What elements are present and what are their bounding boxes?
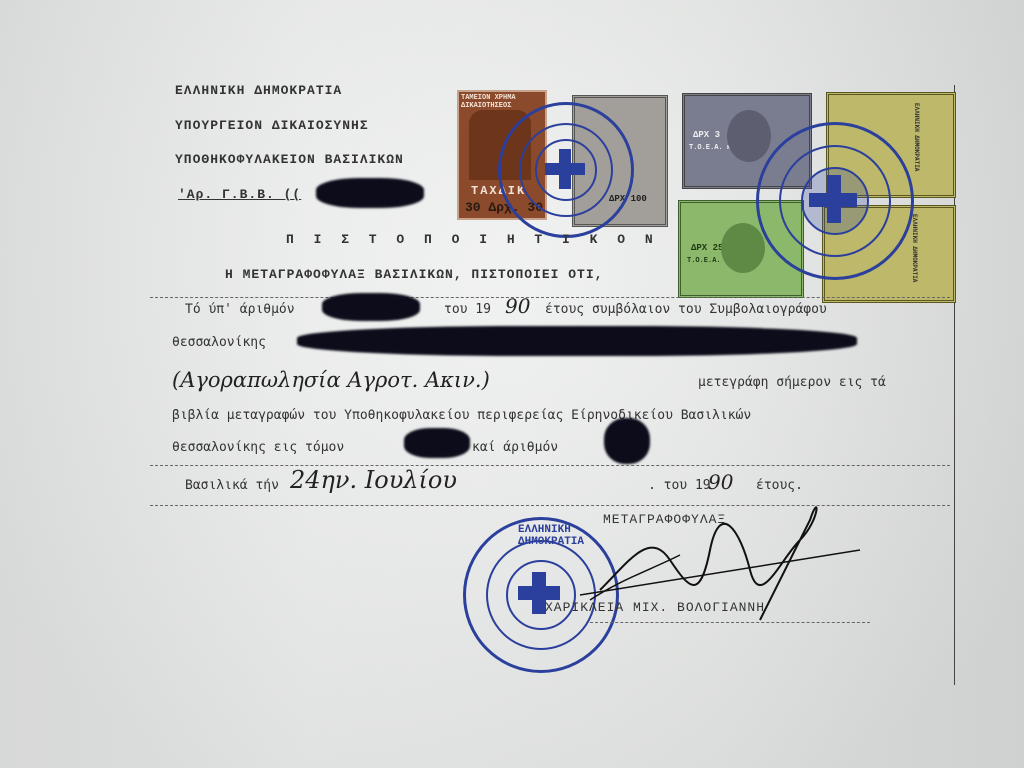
redacted-notary-name — [297, 326, 857, 356]
handwritten-year-2: 90 — [708, 470, 733, 494]
official-seal-2 — [756, 122, 914, 280]
header-registry: ΥΠΟΘΗΚΟΦΥΛΑΚΕΙΟΝ ΒΑΣΙΛΙΚΩΝ — [175, 152, 404, 167]
body-registry-books: βιβλία μεταγραφών του Υποθηκοφυλακείου π… — [172, 408, 751, 423]
header-ministry: ΥΠΟΥΡΓΕΙΟΝ ΔΙΚΑΙΟΣΥΝΗΣ — [175, 118, 369, 133]
body-place: Βασιλικά τήν — [185, 478, 279, 493]
signature-scribble — [560, 500, 880, 640]
handwritten-date: 24ην. Ιουλίου — [290, 466, 457, 494]
body-volume-label: θεσσαλονίκης εις τόμον — [172, 440, 344, 455]
portrait-icon — [727, 110, 771, 162]
redacted-entry-number — [604, 418, 650, 464]
body-number-label: Τό ύπ' άριθμόν — [185, 302, 295, 317]
handwritten-year: 90 — [505, 294, 530, 318]
header-republic: ΕΛΛΗΝΙΚΗ ΔΗΜΟΚΡΑΤΙΑ — [175, 83, 342, 98]
body-contract-text: έτους συμβόλαιον του Συμβολαιογράφου — [545, 302, 827, 317]
redacted-volume — [404, 428, 470, 458]
body-year-prefix-2: . του 19 — [648, 478, 711, 493]
signatory-name: ΧΑΡΙΚΛΕΙΑ ΜΙΧ. ΒΟΛΟΓΙΑΝΝΗ — [545, 600, 765, 615]
document-title: Π Ι Σ Τ Ο Π Ο Ι Η Τ Ι Κ Ο Ν — [286, 232, 659, 247]
body-year-prefix: του 19 — [444, 302, 491, 317]
intro-line: Η ΜΕΤΑΓΡΑΦΟΦΥΛΑΞ ΒΑΣΙΛΙΚΩΝ, ΠΙΣΤΟΠΟΙΕΙ Ο… — [225, 267, 603, 282]
body-transcribed: μετεγράφη σήμερον εις τά — [698, 375, 886, 390]
portrait-icon — [721, 223, 765, 273]
official-seal-1 — [498, 102, 634, 238]
body-year-suffix: έτους. — [756, 478, 803, 493]
body-city: θεσσαλονίκης — [172, 335, 266, 350]
redacted-reference — [316, 178, 424, 208]
reference-number-label: 'Αρ. Γ.Β.Β. (( — [178, 187, 301, 202]
body-number-label-2: καί άριθμόν — [472, 440, 558, 455]
handwritten-deed-type: (Αγοραπωλησία Αγροτ. Ακιν.) — [172, 368, 490, 392]
rule — [590, 622, 870, 624]
rule — [150, 297, 950, 299]
rule — [150, 465, 950, 467]
redacted-contract-number — [322, 293, 420, 321]
